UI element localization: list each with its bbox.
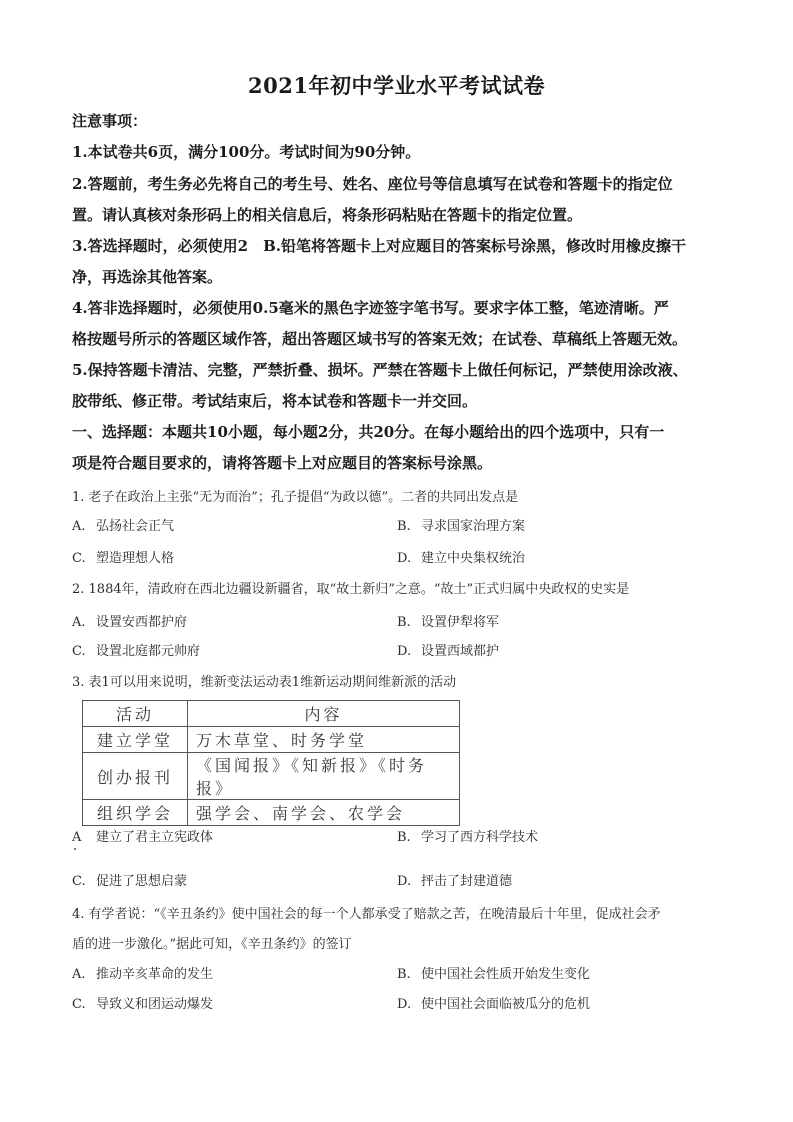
notice-line: 2.答题前，考生务必先将自己的考生号、姓名、座位号等信息填写在试卷和答题卡的指定…: [72, 173, 673, 194]
question-stem: 盾的进一步激化。”据此可知，《辛丑条约》的签订: [72, 933, 352, 952]
option-text: 建立了君主立宪政体: [96, 830, 213, 845]
table-cell: 强学会、南学会、农学会: [188, 800, 460, 826]
option-text: 弘扬社会正气: [96, 519, 174, 534]
option-letter: B.: [397, 830, 421, 845]
option-a: A.推动辛亥革命的发生: [72, 963, 213, 982]
page-title: 2021年初中学业水平考试试卷: [0, 70, 793, 100]
option-a: A.弘扬社会正气: [72, 515, 174, 534]
option-text: 建立中央集权统治: [421, 551, 525, 566]
option-text: 导致义和团运动爆发: [96, 997, 213, 1012]
option-text: 使中国社会性质开始发生变化: [421, 967, 590, 982]
notice-line: 4.答非选择题时，必须使用0.5毫米的黑色字迹签字笔书写。要求字体工整，笔迹清晰…: [72, 297, 669, 318]
option-c: C.塑造理想人格: [72, 547, 174, 566]
option-d: D.抨击了封建道德: [397, 870, 512, 889]
notice-line: 5.保持答题卡清洁、完整，严禁折叠、损坏。严禁在答题卡上做任何标记，严禁使用涂改…: [72, 359, 688, 380]
option-d: D.设置西域都护: [397, 640, 499, 659]
table-header: 活动: [83, 701, 188, 727]
option-text: 设置北庭都元帅府: [96, 644, 200, 659]
option-letter: D.: [397, 644, 421, 659]
option-text: 设置西域都护: [421, 644, 499, 659]
question-stem: 1. 老子在政治上主张“无为而治”；孔子提倡“为政以德”。二者的共同出发点是: [72, 486, 518, 505]
option-text: 学习了西方科学技术: [421, 830, 538, 845]
option-text: 寻求国家治理方案: [421, 519, 525, 534]
option-letter: A: [72, 830, 96, 845]
notice-line: 胶带纸、修正带。考试结束后，将本试卷和答题卡一并交回。: [72, 390, 477, 411]
option-letter: C.: [72, 874, 96, 889]
notice-heading: 注意事项：: [72, 110, 147, 131]
option-b: B.学习了西方科学技术: [397, 826, 538, 845]
option-letter: A.: [72, 615, 96, 630]
section-heading: 项是符合题目要求的，请将答题卡上对应题目的答案标号涂黑。: [72, 452, 492, 473]
option-letter: D.: [397, 997, 421, 1012]
table-cell: 万木草堂、时务学堂: [188, 727, 460, 753]
option-c: C.设置北庭都元帅府: [72, 640, 200, 659]
option-text: 设置伊犁将军: [421, 615, 499, 630]
option-d: D.使中国社会面临被瓜分的危机: [397, 993, 590, 1012]
notice-line: 净，再选涂其他答案。: [72, 266, 222, 287]
question-stem: 4. 有学者说：“《辛丑条约》使中国社会的每一个人都承受了赔款之苦，在晚清最后十…: [72, 903, 661, 922]
option-letter: A.: [72, 519, 96, 534]
option-letter: B.: [397, 615, 421, 630]
option-a: A建立了君主立宪政体: [72, 826, 213, 845]
option-letter: C.: [72, 644, 96, 659]
option-b: B.使中国社会性质开始发生变化: [397, 963, 590, 982]
option-b: B.设置伊犁将军: [397, 611, 499, 630]
activity-table: 活动 内容 建立学堂 万木草堂、时务学堂 创办报刊 《国闻报》《知新报》《时务报…: [82, 700, 460, 826]
section-heading: 一、选择题：本题共10小题，每小题2分，共20分。在每小题给出的四个选项中，只有…: [72, 421, 664, 442]
table-cell: 《国闻报》《知新报》《时务报》: [188, 753, 460, 800]
notice-line: 置。请认真核对条形码上的相关信息后，将条形码粘贴在答题卡的指定位置。: [72, 204, 582, 225]
option-letter: D.: [397, 874, 421, 889]
table-row: 创办报刊 《国闻报》《知新报》《时务报》: [83, 753, 460, 800]
option-letter: C.: [72, 997, 96, 1012]
table-row: 组织学会 强学会、南学会、农学会: [83, 800, 460, 826]
table-header: 内容: [188, 701, 460, 727]
table-cell: 组织学会: [83, 800, 188, 826]
option-text: 抨击了封建道德: [421, 874, 512, 889]
option-text: 设置安西都护府: [96, 615, 187, 630]
option-letter: A.: [72, 967, 96, 982]
option-text: 促进了思想启蒙: [96, 874, 187, 889]
option-text: 推动辛亥革命的发生: [96, 967, 213, 982]
table-cell: 创办报刊: [83, 753, 188, 800]
option-a: A.设置安西都护府: [72, 611, 187, 630]
option-letter: B.: [397, 519, 421, 534]
table-cell: 建立学堂: [83, 727, 188, 753]
table-header-row: 活动 内容: [83, 701, 460, 727]
question-stem: 2. 1884年，清政府在西北边疆设新疆省，取“故土新归”之意。“故土”正式归属…: [72, 578, 629, 597]
notice-line: 格按题号所示的答题区域作答，超出答题区域书写的答案无效；在试卷、草稿纸上答题无效…: [72, 328, 687, 349]
option-letter: D.: [397, 551, 421, 566]
option-letter: B.: [397, 967, 421, 982]
option-text: 塑造理想人格: [96, 551, 174, 566]
option-c: C.促进了思想启蒙: [72, 870, 187, 889]
option-letter: C.: [72, 551, 96, 566]
scan-artifact: [74, 848, 76, 850]
option-c: C.导致义和团运动爆发: [72, 993, 213, 1012]
notice-line: 1.本试卷共6页，满分100分。考试时间为90分钟。: [72, 141, 420, 162]
question-stem: 3. 表1可以用来说明，维新变法运动表1维新运动期间维新派的活动: [72, 671, 456, 690]
option-b: B.寻求国家治理方案: [397, 515, 525, 534]
notice-line: 3.答选择题时，必须使用2 B.铅笔将答题卡上对应题目的答案标号涂黑，修改时用橡…: [72, 235, 686, 256]
option-d: D.建立中央集权统治: [397, 547, 525, 566]
option-text: 使中国社会面临被瓜分的危机: [421, 997, 590, 1012]
table-row: 建立学堂 万木草堂、时务学堂: [83, 727, 460, 753]
